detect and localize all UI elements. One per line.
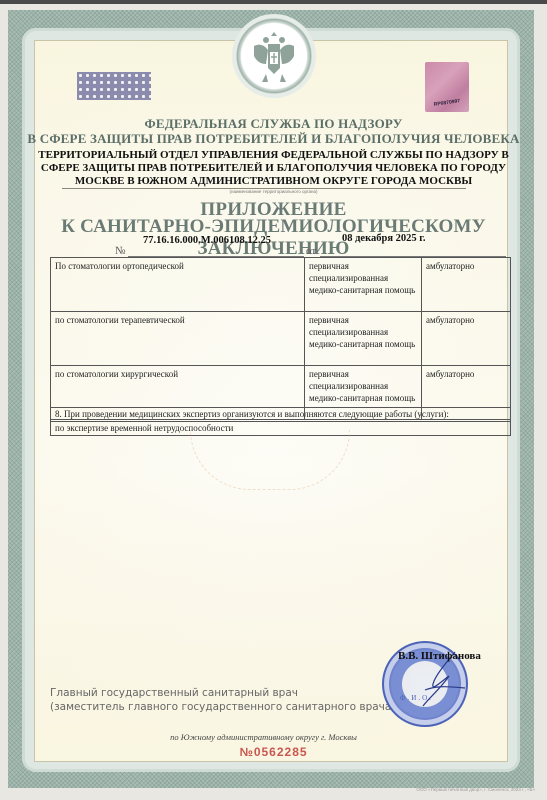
care-condition: амбулаторно [422, 312, 511, 366]
care-type: первичная специализированная медико-сани… [305, 258, 422, 312]
table-row: По стоматологии ортопедической первичная… [51, 258, 511, 312]
service-name: по стоматологии терапевтической [51, 312, 305, 366]
agency-name-line2: В СФЕРЕ ЗАЩИТЫ ПРАВ ПОТРЕБИТЕЛЕЙ И БЛАГО… [0, 131, 547, 147]
district-line: по Южному административному округу г. Мо… [0, 732, 547, 742]
double-headed-eagle-icon [250, 28, 298, 84]
document-title-line2: К САНИТАРНО-ЭПИДЕМИОЛОГИЧЕСКОМУ ЗАКЛЮЧЕН… [0, 216, 547, 260]
printer-imprint: ООО «Первый печатный двор», г. Смоленск,… [416, 787, 535, 792]
signer-position-line2: (заместитель главного государственного с… [50, 700, 395, 714]
fio-label: Ф.И.О. [400, 694, 433, 702]
territorial-line1: ТЕРРИТОРИАЛЬНЫЙ ОТДЕЛ УПРАВЛЕНИЯ ФЕДЕРАЛ… [0, 149, 547, 162]
signer-name: В.В. Штифанова [398, 650, 481, 662]
agency-name-line1: ФЕДЕРАЛЬНАЯ СЛУЖБА ПО НАДЗОРУ [0, 116, 547, 132]
territorial-office: ТЕРРИТОРИАЛЬНЫЙ ОТДЕЛ УПРАВЛЕНИЯ ФЕДЕРАЛ… [0, 149, 547, 188]
territorial-line2: СФЕРЕ ЗАЩИТЫ ПРАВ ПОТРЕБИТЕЛЕЙ И БЛАГОПО… [0, 162, 547, 175]
territorial-line3: МОСКВЕ В ЮЖНОМ АДМИНИСТРАТИВНОМ ОКРУГЕ Г… [0, 175, 547, 188]
signer-position-line1: Главный государственный санитарный врач [50, 686, 395, 700]
security-pattern-strip [77, 72, 151, 100]
section-8-heading: 8. При проведении медицинских экспертиз … [51, 408, 511, 422]
table-row: по стоматологии терапевтической первична… [51, 312, 511, 366]
hologram-sticker: RP0870997 [425, 62, 469, 112]
table-row: 8. При проведении медицинских экспертиз … [51, 408, 511, 422]
date-label: от [306, 245, 316, 257]
care-condition: амбулаторно [422, 258, 511, 312]
care-type: первичная специализированная медико-сани… [305, 312, 422, 366]
hologram-code: RP0870997 [426, 97, 468, 109]
signer-position: Главный государственный санитарный врач … [50, 686, 395, 714]
emblem-badge [232, 14, 316, 98]
territorial-caption: (наименование территориального органа) [0, 189, 547, 194]
number-label: № [115, 245, 126, 257]
service-name: По стоматологии ортопедической [51, 258, 305, 312]
registration-date: 08 декабря 2025 г. [342, 233, 425, 244]
registration-number: 77.16.16.000.М.006108.12.25 [143, 235, 271, 246]
serial-number: №0562285 [0, 745, 547, 759]
services-table: По стоматологии ортопедической первичная… [50, 257, 511, 420]
